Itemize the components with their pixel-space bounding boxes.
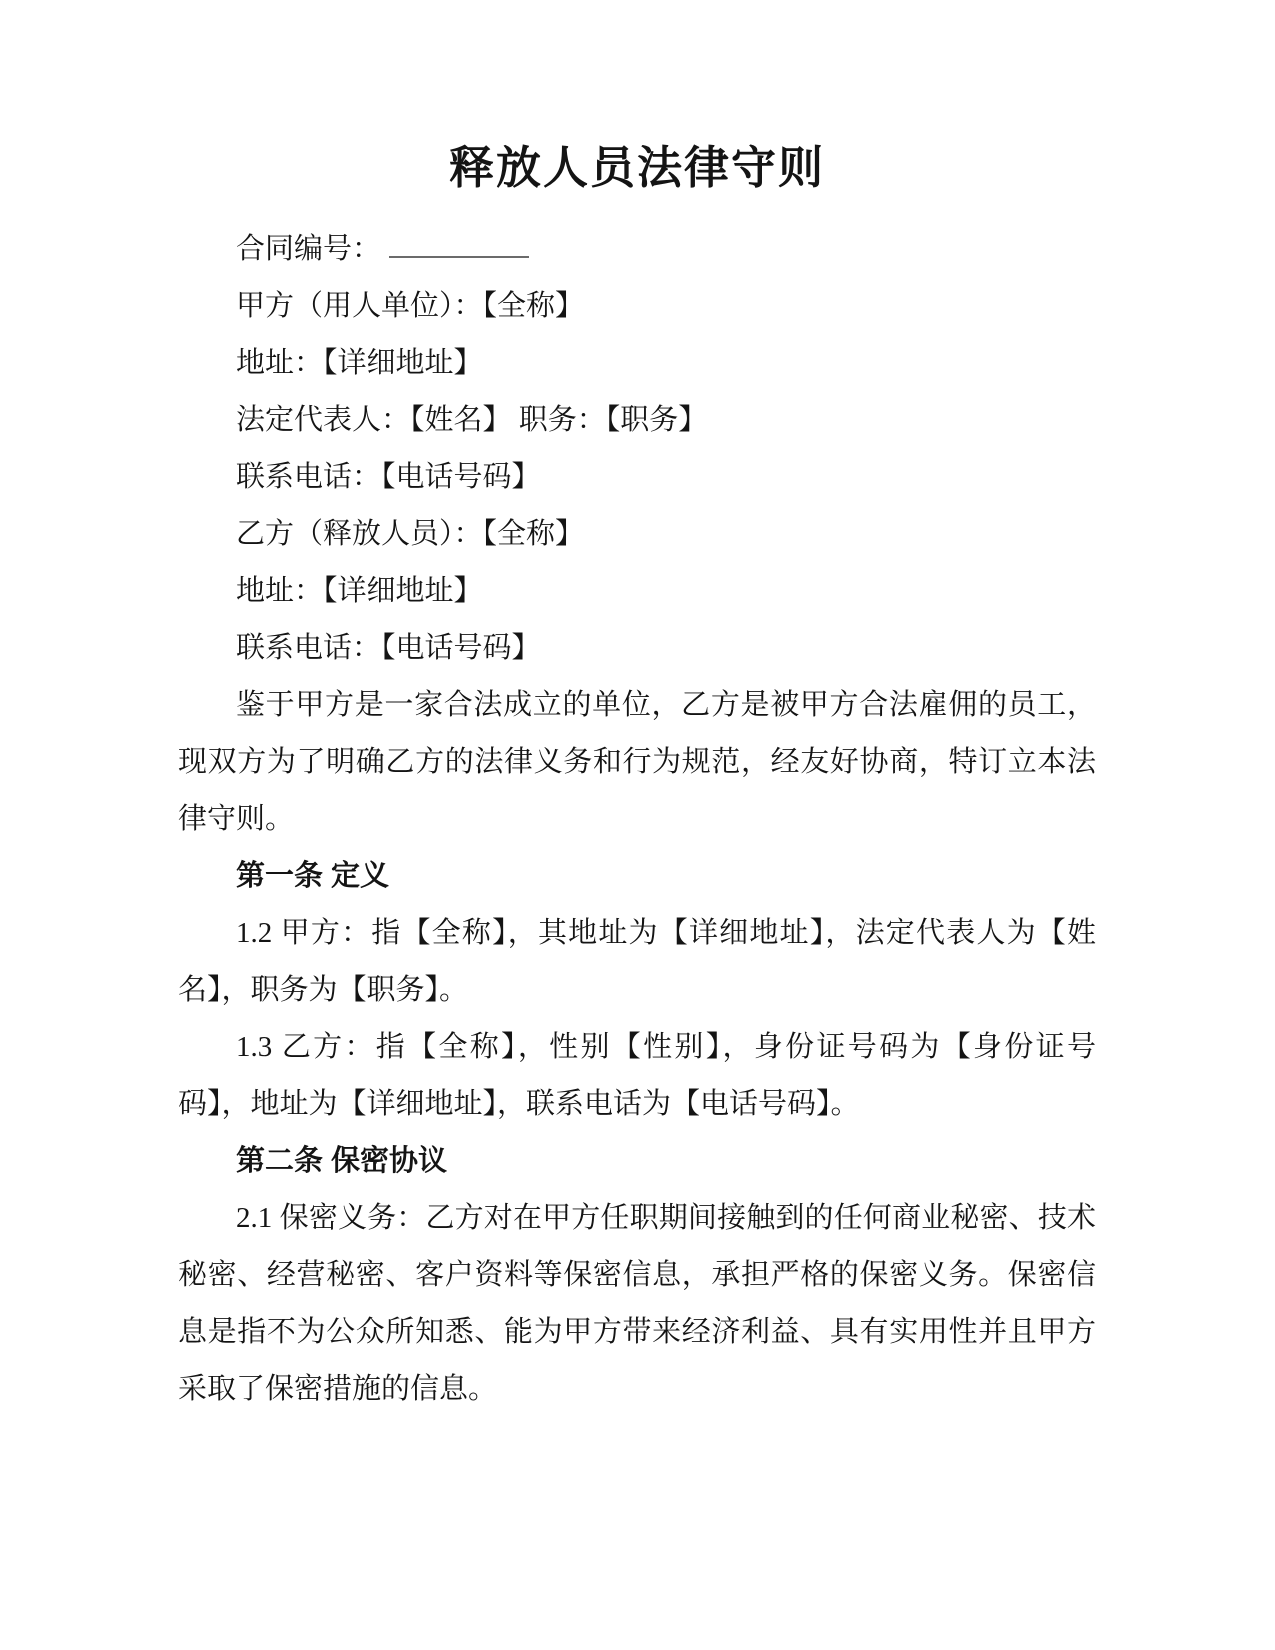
party-b-address-line: 地址：【详细地址】 bbox=[178, 563, 1096, 620]
section-1-heading: 第一条 定义 bbox=[178, 848, 1096, 905]
party-a-address-line: 地址：【详细地址】 bbox=[178, 335, 1096, 392]
contract-number-blank-line bbox=[389, 229, 529, 258]
document-page: 释放人员法律守则 合同编号： 甲方（用人单位）：【全称】 地址：【详细地址】 法… bbox=[0, 0, 1275, 1650]
clause-2-1-paragraph: 2.1 保密义务：乙方对在甲方任职期间接触到的任何商业秘密、技术秘密、经营秘密、… bbox=[178, 1190, 1096, 1418]
party-a-phone-line: 联系电话：【电话号码】 bbox=[178, 449, 1096, 506]
document-body: 合同编号： 甲方（用人单位）：【全称】 地址：【详细地址】 法定代表人：【姓名】… bbox=[178, 221, 1096, 1418]
contract-number-line: 合同编号： bbox=[178, 221, 1096, 278]
clause-1-3-paragraph: 1.3 乙方：指【全称】，性别【性别】，身份证号码为【身份证号码】，地址为【详细… bbox=[178, 1019, 1096, 1133]
party-b-name-line: 乙方（释放人员）：【全称】 bbox=[178, 506, 1096, 563]
preamble-paragraph: 鉴于甲方是一家合法成立的单位，乙方是被甲方合法雇佣的员工，现双方为了明确乙方的法… bbox=[178, 677, 1096, 848]
document-title: 释放人员法律守则 bbox=[178, 0, 1096, 197]
section-2-heading: 第二条 保密协议 bbox=[178, 1133, 1096, 1190]
party-b-phone-line: 联系电话：【电话号码】 bbox=[178, 620, 1096, 677]
party-a-representative-line: 法定代表人：【姓名】 职务：【职务】 bbox=[178, 392, 1096, 449]
party-a-name-line: 甲方（用人单位）：【全称】 bbox=[178, 278, 1096, 335]
clause-1-2-paragraph: 1.2 甲方：指【全称】，其地址为【详细地址】，法定代表人为【姓名】，职务为【职… bbox=[178, 905, 1096, 1019]
contract-number-label: 合同编号： bbox=[236, 233, 381, 265]
